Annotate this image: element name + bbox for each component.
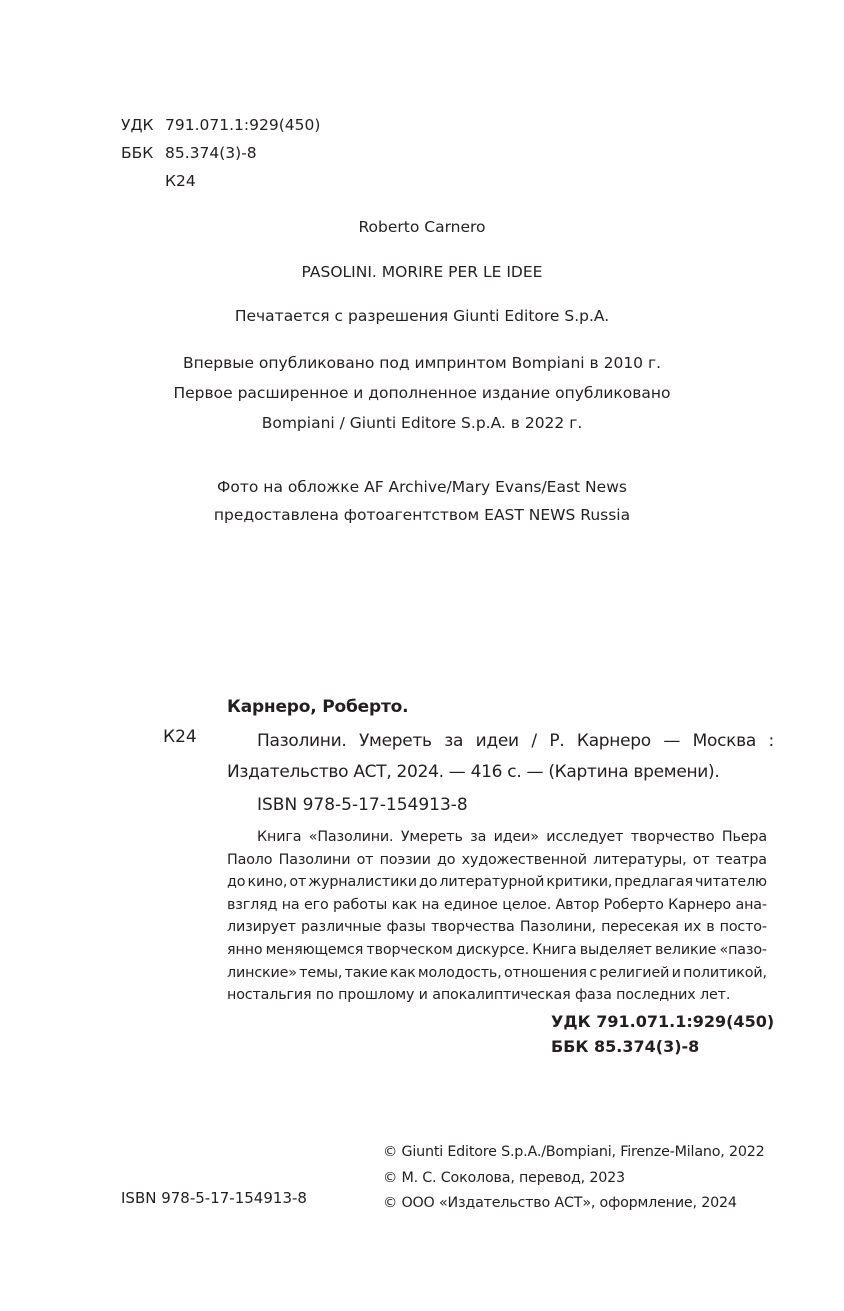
publication-history: Впервые опубликовано под импринтом Bompi… <box>0 348 844 438</box>
bbk-label: ББК <box>121 139 165 167</box>
author-mark: К24 <box>165 172 196 190</box>
catalog-author-mark: К24 <box>163 727 197 747</box>
catalog-classification: УДК 791.071.1:929(450) ББК 85.374(3)-8 <box>551 1009 774 1059</box>
copyright-line: © ООО «Издательство АСТ», оформление, 20… <box>383 1191 765 1217</box>
bbk-line: ББК85.374(3)-8 <box>121 139 320 167</box>
photo-credit-line: предоставлена фотоагентством EAST NEWS R… <box>0 501 844 529</box>
abstract-line: взгляднаегоработыкакнаединоецелое.АвторР… <box>227 894 767 917</box>
permission-note: Печатается с разрешения Giunti Editore S… <box>0 307 844 325</box>
abstract-line: ПаолоПазолиниотпоэзиидохудожественнойлит… <box>227 849 767 872</box>
catalog-bbk: ББК 85.374(3)-8 <box>551 1034 774 1059</box>
bibliographic-description: Пазолини. Умереть за идеи / Р. Карнеро —… <box>227 726 774 788</box>
footer-isbn: ISBN 978-5-17-154913-8 <box>121 1189 307 1207</box>
abstract-line: линские»темы,такиекакмолодость,отношения… <box>227 962 767 985</box>
classification-block: УДК791.071.1:929(450) ББК85.374(3)-8 К24 <box>121 111 320 195</box>
publication-line: Впервые опубликовано под импринтом Bompi… <box>0 348 844 378</box>
udk-line: УДК791.071.1:929(450) <box>121 111 320 139</box>
catalog-udk: УДК 791.071.1:929(450) <box>551 1009 774 1034</box>
photo-credit: Фото на обложке AF Archive/Mary Evans/Ea… <box>0 473 844 529</box>
bib-line-2: Издательство АСТ, 2024. — 416 с. — (Карт… <box>227 757 774 788</box>
abstract-line: докино,отжурналистикидолитературнойкрити… <box>227 871 767 894</box>
udk-label: УДК <box>121 111 165 139</box>
copyright-line: © Giunti Editore S.p.A./Bompiani, Firenz… <box>383 1140 765 1166</box>
abstract-line: ностальгия по прошлому и апокалиптическа… <box>227 984 767 1007</box>
publication-line: Первое расширенное и дополненное издание… <box>0 378 844 408</box>
bbk-value: 85.374(3)-8 <box>165 144 257 162</box>
photo-credit-line: Фото на обложке AF Archive/Mary Evans/Ea… <box>0 473 844 501</box>
copyright-block: © Giunti Editore S.p.A./Bompiani, Firenz… <box>383 1140 765 1217</box>
bib-line-1: Пазолини. Умереть за идеи / Р. Карнеро —… <box>227 726 774 757</box>
catalog-isbn: ISBN 978-5-17-154913-8 <box>257 795 468 815</box>
original-author: Roberto Carnero <box>0 218 844 236</box>
original-title: PASOLINI. MORIRE PER LE IDEE <box>0 263 844 281</box>
abstract-line: лизируетразличныефазытворчестваПазолини,… <box>227 916 767 939</box>
publication-line: Bompiani / Giunti Editore S.p.A. в 2022 … <box>0 408 844 438</box>
abstract: Книга«Пазолини.Умеретьзаидеи»исследуеттв… <box>227 826 767 1007</box>
copyright-line: © М. С. Соколова, перевод, 2023 <box>383 1166 765 1192</box>
udk-value: 791.071.1:929(450) <box>165 116 320 134</box>
catalog-author-heading: Карнеро, Роберто. <box>227 697 408 717</box>
abstract-line: янноменяющемсятворческомдискурсе.Книгавы… <box>227 939 767 962</box>
abstract-line: Книга«Пазолини.Умеретьзаидеи»исследуеттв… <box>227 826 767 849</box>
author-mark-line: К24 <box>121 167 320 195</box>
